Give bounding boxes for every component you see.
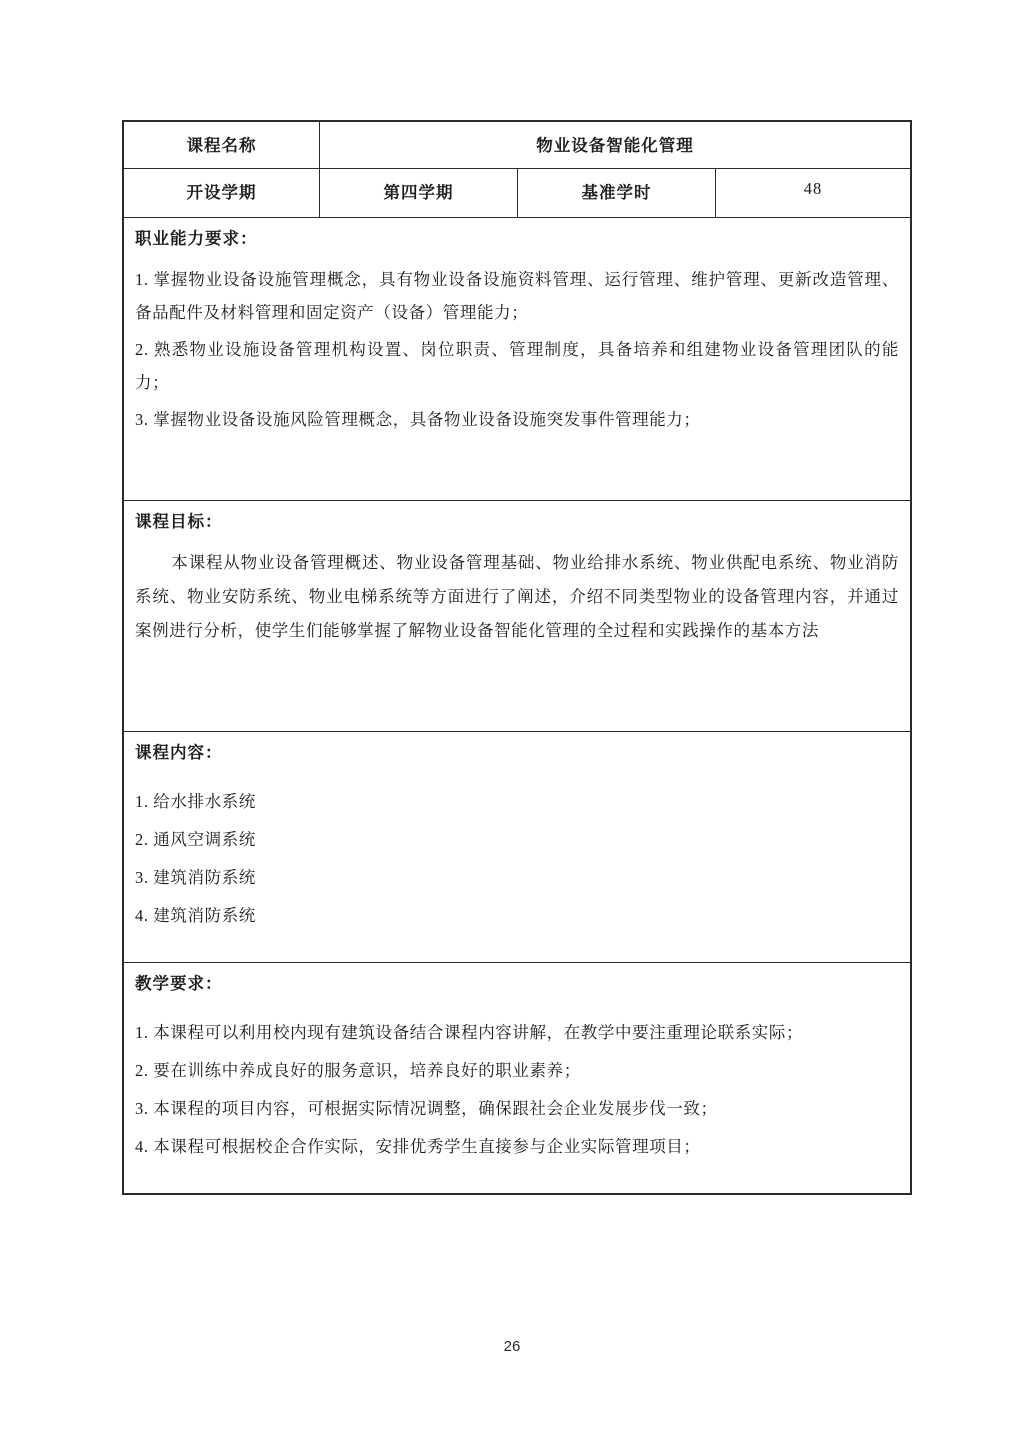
semester-value: 第四学期 [320,169,518,218]
objectives-section-body: 本课程从物业设备管理概述、物业设备管理基础、物业给排水系统、物业供配电系统、物业… [135,546,899,648]
course-name-value: 物业设备智能化管理 [320,122,910,169]
teaching-section-title: 教学要求： [135,972,899,996]
ability-item: 1. 掌握物业设备设施管理概念，具有物业设备设施资料管理、运行管理、维护管理、更… [135,263,899,329]
content-section-title: 课程内容： [135,741,899,765]
objectives-section-title: 课程目标： [135,510,899,534]
content-item: 2. 通风空调系统 [135,821,899,859]
ability-item: 3. 掌握物业设备设施风险管理概念，具备物业设备设施突发事件管理能力； [135,403,899,436]
ability-item: 2. 熟悉物业设施设备管理机构设置、岗位职责、管理制度，具备培养和组建物业设备管… [135,333,899,399]
teaching-section-body: 1. 本课程可以利用校内现有建筑设备结合课程内容讲解，在教学中要注重理论联系实际… [135,1014,899,1166]
section-course-content: 课程内容： 1. 给水排水系统 2. 通风空调系统 3. 建筑消防系统 4. 建… [124,732,910,963]
ability-section-body: 1. 掌握物业设备设施管理概念，具有物业设备设施资料管理、运行管理、维护管理、更… [135,263,899,436]
semester-label: 开设学期 [124,169,320,218]
section-course-objectives: 课程目标： 本课程从物业设备管理概述、物业设备管理基础、物业给排水系统、物业供配… [124,501,910,732]
section-teaching-requirements: 教学要求： 1. 本课程可以利用校内现有建筑设备结合课程内容讲解，在教学中要注重… [124,963,910,1196]
section-ability-requirements: 职业能力要求： 1. 掌握物业设备设施管理概念，具有物业设备设施资料管理、运行管… [124,218,910,501]
ability-section-title: 职业能力要求： [135,227,899,251]
objectives-paragraph: 本课程从物业设备管理概述、物业设备管理基础、物业给排水系统、物业供配电系统、物业… [135,546,899,648]
document-page: { "colors": { "border": "#2b2b2b", "text… [0,0,1024,1447]
course-description-table: 课程名称 物业设备智能化管理 开设学期 第四学期 基准学时 48 职业能力要求：… [122,120,912,1195]
header-row-course-name: 课程名称 物业设备智能化管理 [124,122,910,169]
content-item: 4. 建筑消防系统 [135,897,899,935]
course-name-label: 课程名称 [124,122,320,169]
content-item: 1. 给水排水系统 [135,783,899,821]
hours-label: 基准学时 [518,169,716,218]
teaching-item: 1. 本课程可以利用校内现有建筑设备结合课程内容讲解，在教学中要注重理论联系实际… [135,1014,899,1052]
teaching-item: 4. 本课程可根据校企合作实际，安排优秀学生直接参与企业实际管理项目； [135,1128,899,1166]
content-item: 3. 建筑消防系统 [135,859,899,897]
hours-value: 48 [716,169,910,218]
header-row-semester-hours: 开设学期 第四学期 基准学时 48 [124,169,910,218]
teaching-item: 3. 本课程的项目内容，可根据实际情况调整，确保跟社会企业发展步伐一致； [135,1090,899,1128]
page-number: 26 [0,1338,1024,1355]
teaching-item: 2. 要在训练中养成良好的服务意识，培养良好的职业素养； [135,1052,899,1090]
content-section-body: 1. 给水排水系统 2. 通风空调系统 3. 建筑消防系统 4. 建筑消防系统 [135,783,899,935]
